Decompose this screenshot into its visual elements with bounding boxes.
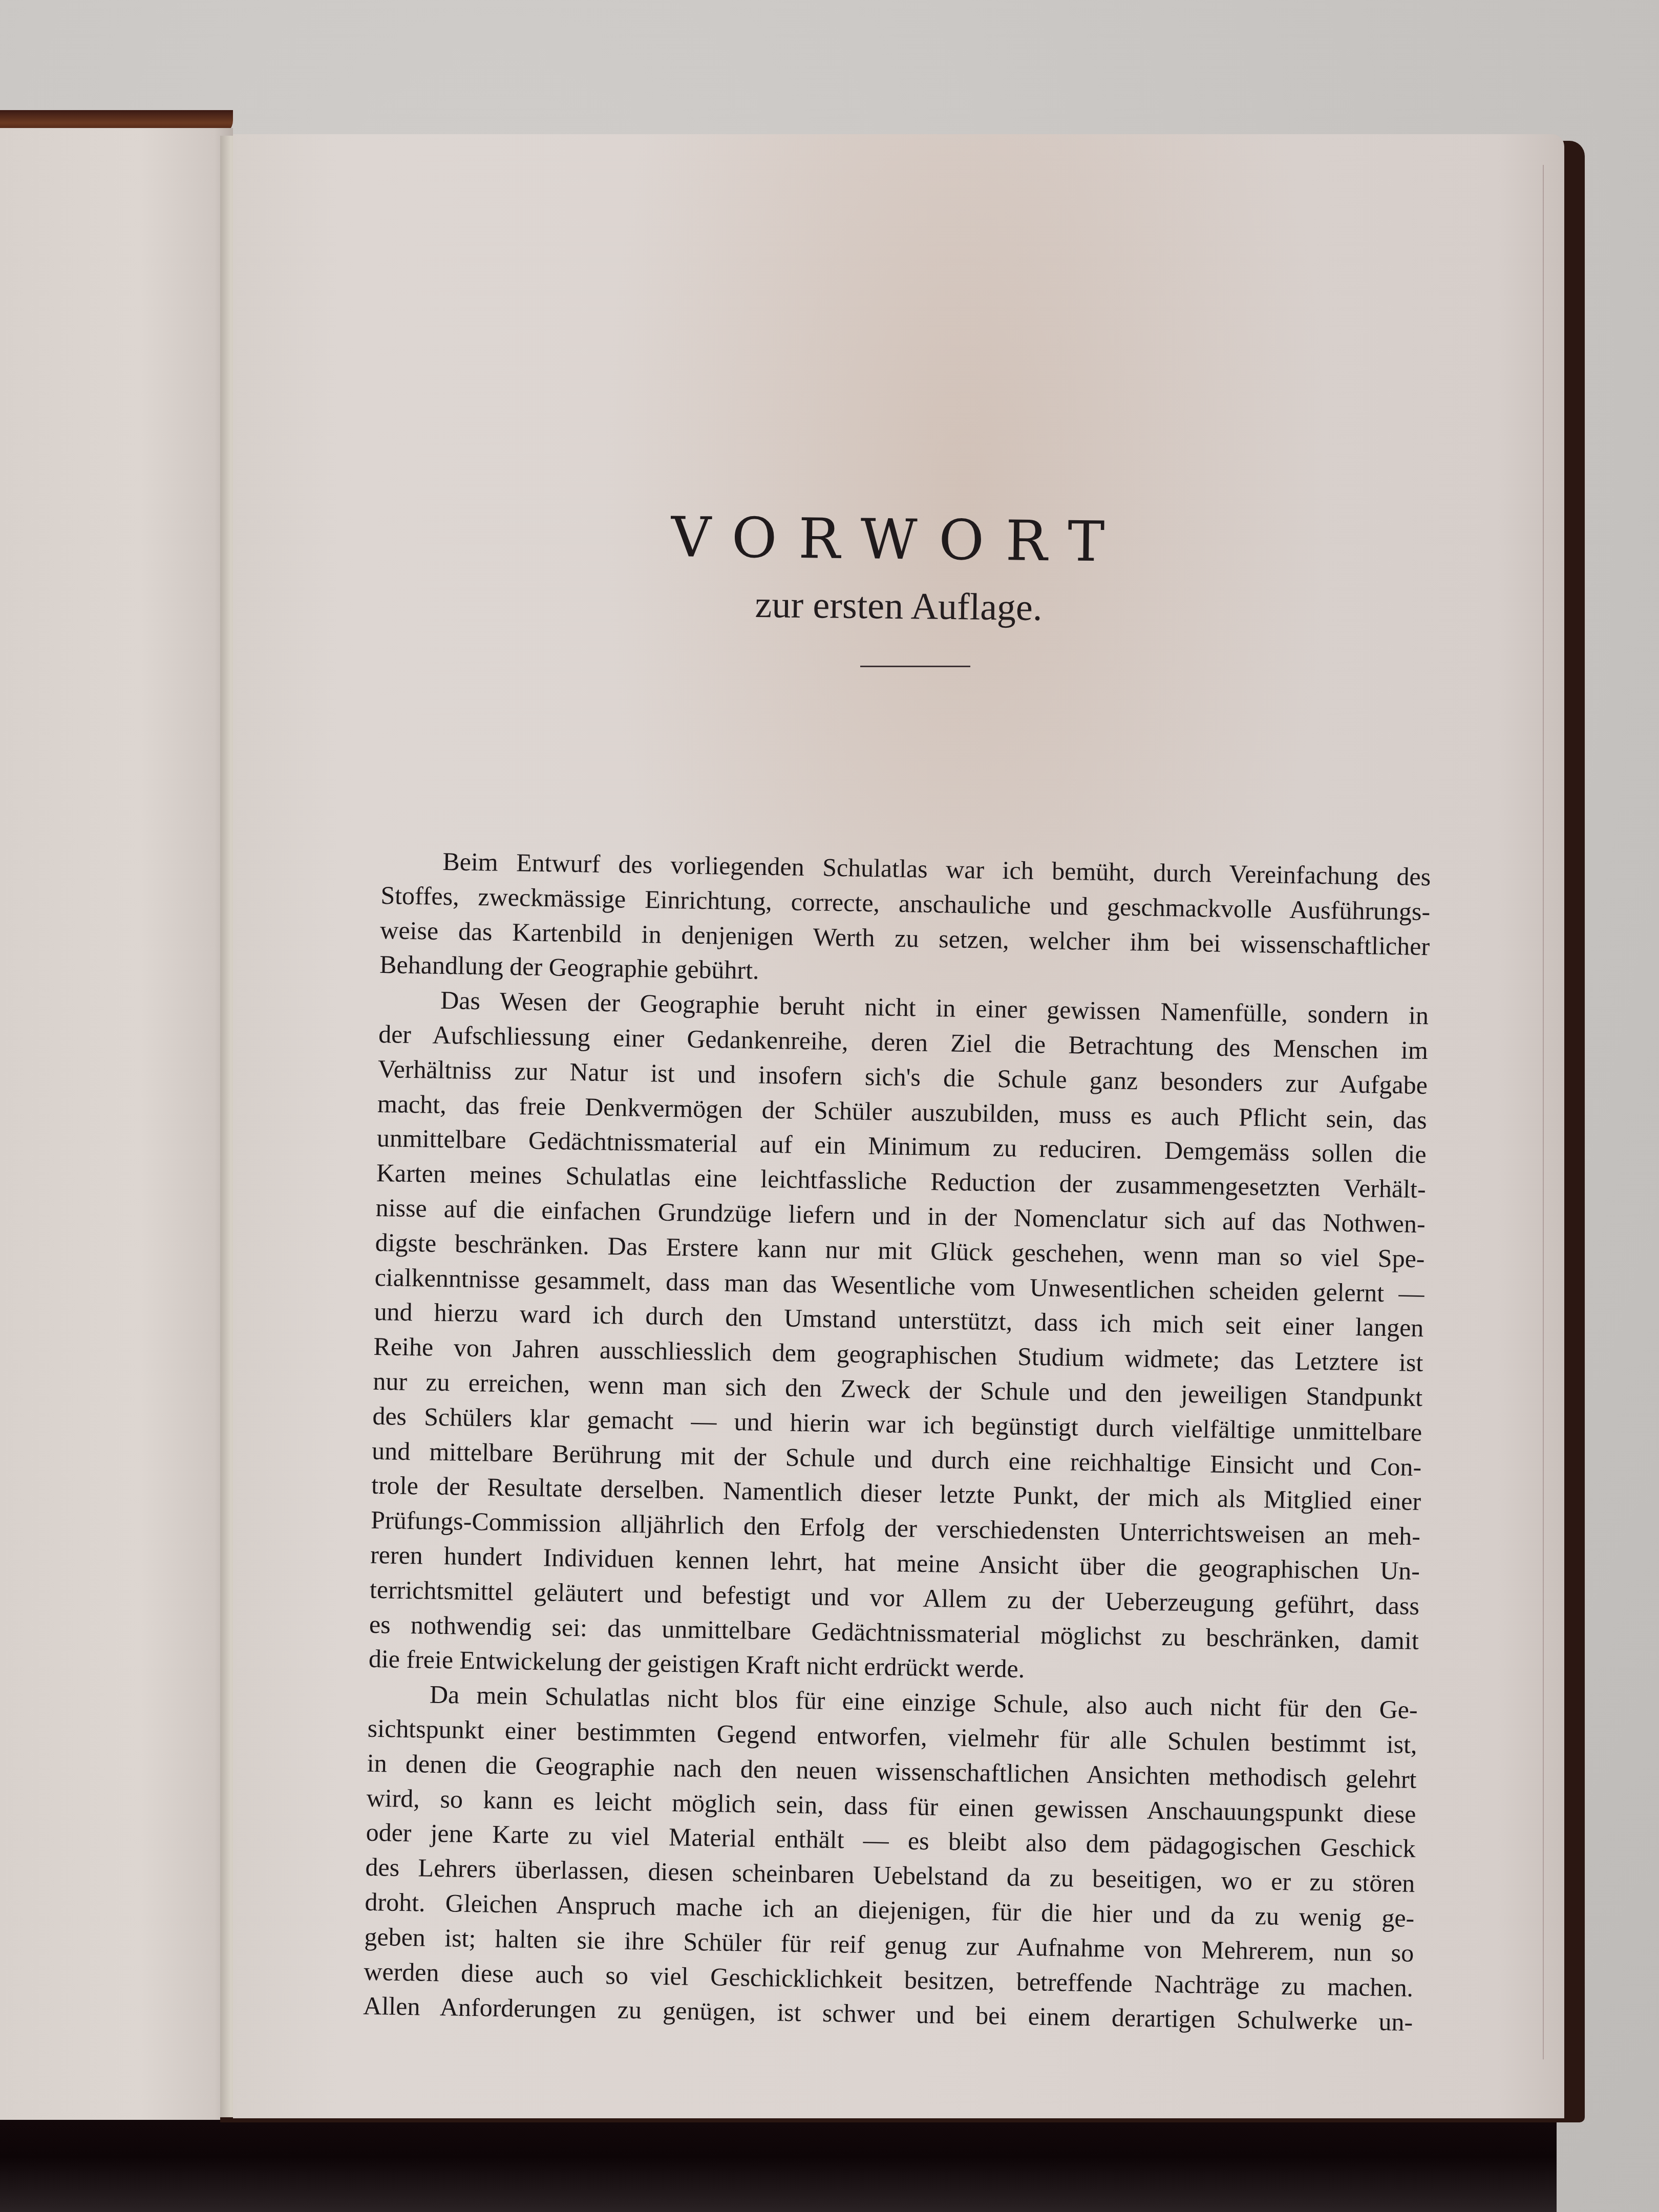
page-title: VORWORT [232,501,1564,579]
paragraph-3: Da mein Schulatlas nicht blos für eine e… [363,1676,1418,2040]
right-page: VORWORT zur ersten Auflage. Beim Entwurf… [233,134,1564,2118]
page-edge-line [1543,165,1544,2059]
paragraph-1: Beim Entwurf des vorliegenden Schulatlas… [379,843,1431,998]
body-text: Beim Entwurf des vorliegenden Schulatlas… [363,843,1431,2040]
left-page-blank [0,128,233,2120]
title-divider [860,666,970,667]
paragraph-2: Das Wesen der Geographie beruht nicht in… [368,982,1429,1693]
page-subtitle: zur ersten Auflage. [233,578,1565,635]
